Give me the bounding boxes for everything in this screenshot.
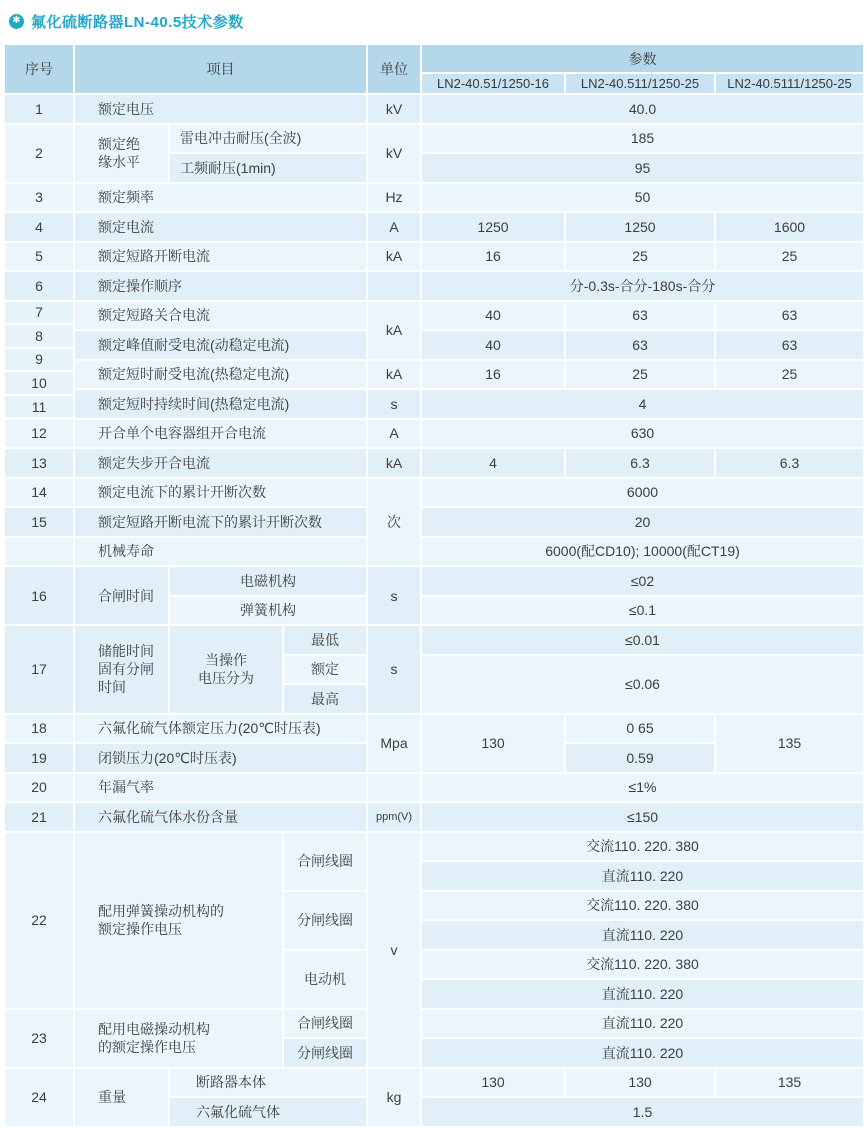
table-row: 5额定短路开断电流kA162525: [5, 243, 863, 271]
cell-subitem: 电动机: [284, 951, 366, 1008]
cell-value: 40: [422, 331, 564, 359]
cell-value: 25: [566, 361, 714, 389]
cell-value: 6.3: [716, 449, 863, 477]
cell-serial: 14: [5, 479, 73, 507]
cell-item: 额定短路开断电流下的累计开断次数: [75, 508, 366, 536]
cell-item: 额定绝 缘水平: [75, 125, 168, 182]
cell-serial: 2: [5, 125, 73, 182]
cell-serial: 21: [5, 803, 73, 831]
cell-value: 25: [716, 361, 863, 389]
model-header: LN2-40.51/1250-16: [422, 74, 564, 93]
cell-subitem: 工频耐压(1min): [170, 154, 366, 182]
cell-value: 直流110. 220: [422, 1039, 863, 1067]
cell-subitem: 六氟化硫气体: [170, 1098, 366, 1126]
table-row: 23配用电磁操动机构 的额定操作电压合闸线圈直流110. 220: [5, 1010, 863, 1038]
cell-unit: Hz: [368, 184, 420, 212]
serial-stack-cell: 7891011: [5, 302, 73, 418]
cell-serial: 12: [5, 420, 73, 448]
cell-unit: A: [368, 420, 420, 448]
cell-subitem: 雷电冲击耐压(全波): [170, 125, 366, 153]
cell-item: 额定短时耐受电流(热稳定电流): [75, 361, 366, 389]
cell-value: 16: [422, 243, 564, 271]
cell-value: ≤150: [422, 803, 863, 831]
cell-value: 20: [422, 508, 863, 536]
table-row: 20年漏气率≤1%: [5, 774, 863, 802]
cell-item: 六氟化硫气体额定压力(20℃时压表): [75, 715, 366, 743]
cell-serial: 18: [5, 715, 73, 743]
cell-item: 额定电流下的累计开断次数: [75, 479, 366, 507]
cell-value: 直流110. 220: [422, 980, 863, 1008]
cell-subitem: 合闸线圈: [284, 833, 366, 890]
cell-value: 交流110. 220. 380: [422, 892, 863, 920]
cell-serial: 17: [5, 626, 73, 713]
table-row: 14额定电流下的累计开断次数次6000: [5, 479, 863, 507]
cell-unit: [368, 272, 420, 300]
cell-unit: s: [368, 567, 420, 624]
cell-value: ≤0.1: [422, 597, 863, 625]
cell-value: 25: [716, 243, 863, 271]
cell-value: 63: [566, 331, 714, 359]
cell-value: 6000: [422, 479, 863, 507]
table-row: 6额定操作顺序分-0.3s-合分-180s-合分: [5, 272, 863, 300]
table-row: 24重量断路器本体kg130130135: [5, 1069, 863, 1097]
cell-unit: v: [368, 833, 420, 1067]
cell-item: 六氟化硫气体水份含量: [75, 803, 366, 831]
cell-subitem: 断路器本体: [170, 1069, 366, 1097]
cell-unit: s: [368, 390, 420, 418]
table-row: 13额定失步开合电流kA46.36.3: [5, 449, 863, 477]
cell-item: 合闸时间: [75, 567, 168, 624]
cell-serial: 13: [5, 449, 73, 477]
cell-subitem: 当操作 电压分为: [170, 626, 282, 713]
cell-serial: 20: [5, 774, 73, 802]
cell-serial: 23: [5, 1010, 73, 1067]
cell-value: 40: [422, 302, 564, 330]
cell-subitem: 分闸线圈: [284, 1039, 366, 1067]
cell-item: 额定电压: [75, 95, 366, 123]
cell-unit: kA: [368, 449, 420, 477]
cell-item: 额定操作顺序: [75, 272, 366, 300]
column-header: 单位: [368, 45, 420, 93]
cell-item: 配用电磁操动机构 的额定操作电压: [75, 1010, 282, 1067]
cell-value: 130: [566, 1069, 714, 1097]
cell-value: 直流110. 220: [422, 1010, 863, 1038]
cell-value: 63: [566, 302, 714, 330]
cell-subitem: 最低: [284, 626, 366, 654]
cell-unit: kg: [368, 1069, 420, 1126]
cell-value: 25: [566, 243, 714, 271]
cell-value: 1250: [422, 213, 564, 241]
cell-unit: kA: [368, 243, 420, 271]
header-row: 序号项目单位参数: [5, 45, 863, 72]
table-row: 4额定电流A125012501600: [5, 213, 863, 241]
cell-serial: 11: [5, 396, 73, 418]
cell-item: 储能时间 固有分闸 时间: [75, 626, 168, 713]
cell-value: 50: [422, 184, 863, 212]
cell-item: 配用弹簧操动机构的 额定操作电压: [75, 833, 282, 1008]
spec-table: 序号项目单位参数LN2-40.51/1250-16LN2-40.511/1250…: [3, 43, 865, 1128]
cell-serial: 15: [5, 508, 73, 536]
table-header: 序号项目单位参数LN2-40.51/1250-16LN2-40.511/1250…: [5, 45, 863, 93]
cell-value: 分-0.3s-合分-180s-合分: [422, 272, 863, 300]
cell-serial: 9: [5, 349, 73, 371]
cell-unit: s: [368, 626, 420, 713]
cell-item: 闭锁压力(20℃时压表): [75, 744, 366, 772]
cell-subitem: 电磁机构: [170, 567, 366, 595]
cell-serial: 22: [5, 833, 73, 1008]
cell-serial: 1: [5, 95, 73, 123]
table-row: 21六氟化硫气体水份含量ppm(V)≤150: [5, 803, 863, 831]
cell-item: 额定短路关合电流: [75, 302, 366, 330]
cell-item: 开合单个电容器组开合电流: [75, 420, 366, 448]
cell-item: 重量: [75, 1069, 168, 1126]
cell-value: 4: [422, 449, 564, 477]
cell-serial: 7: [5, 302, 73, 324]
cell-serial: 19: [5, 744, 73, 772]
table-row: 22配用弹簧操动机构的 额定操作电压合闸线圈v交流110. 220. 380: [5, 833, 863, 861]
cell-item: 额定失步开合电流: [75, 449, 366, 477]
cell-value: 1250: [566, 213, 714, 241]
column-header: 项目: [75, 45, 366, 93]
cell-value: ≤1%: [422, 774, 863, 802]
cell-subitem: 弹簧机构: [170, 597, 366, 625]
cell-serial: 10: [5, 372, 73, 394]
cell-value: ≤0.06: [422, 656, 863, 713]
star-badge-icon: ✱: [9, 14, 24, 29]
cell-unit: kA: [368, 361, 420, 389]
table-row: 1额定电压kV40.0: [5, 95, 863, 123]
cell-value: 交流110. 220. 380: [422, 833, 863, 861]
page-title: ✱ 氟化硫断路器LN-40.5技术参数: [9, 10, 867, 32]
cell-value: 95: [422, 154, 863, 182]
cell-unit: [368, 774, 420, 802]
cell-unit: kV: [368, 125, 420, 182]
cell-item: 额定短路开断电流: [75, 243, 366, 271]
table-body: 1额定电压kV40.02额定绝 缘水平雷电冲击耐压(全波)kV185工频耐压(1…: [5, 95, 863, 1126]
table-row: 机械寿命6000(配CD10); 10000(配CT19): [5, 538, 863, 566]
cell-value: ≤0.01: [422, 626, 863, 654]
cell-item: 年漏气率: [75, 774, 366, 802]
table-row: 7891011额定短路关合电流kA406363: [5, 302, 863, 330]
cell-value: 185: [422, 125, 863, 153]
model-header: LN2-40.511/1250-25: [566, 74, 714, 93]
cell-item: 额定短时持续时间(热稳定电流): [75, 390, 366, 418]
cell-value: 0 65: [566, 715, 714, 743]
cell-unit: kV: [368, 95, 420, 123]
cell-serial: 24: [5, 1069, 73, 1126]
cell-value: 6000(配CD10); 10000(配CT19): [422, 538, 863, 566]
cell-value: 130: [422, 1069, 564, 1097]
cell-subitem: 额定: [284, 656, 366, 684]
table-row: 3额定频率Hz50: [5, 184, 863, 212]
cell-value: 4: [422, 390, 863, 418]
cell-value: 0.59: [566, 744, 714, 772]
cell-serial: 8: [5, 325, 73, 347]
table-row: 额定短时耐受电流(热稳定电流)kA162525: [5, 361, 863, 389]
cell-subitem: 最高: [284, 685, 366, 713]
cell-value: 63: [716, 302, 863, 330]
cell-unit: Mpa: [368, 715, 420, 772]
cell-value: 直流110. 220: [422, 921, 863, 949]
cell-value: 6.3: [566, 449, 714, 477]
cell-item: 额定峰值耐受电流(动稳定电流): [75, 331, 366, 359]
cell-value: 130: [422, 715, 564, 772]
cell-value: 630: [422, 420, 863, 448]
cell-value: 交流110. 220. 380: [422, 951, 863, 979]
cell-serial: [5, 538, 73, 566]
table-row: 额定峰值耐受电流(动稳定电流)406363: [5, 331, 863, 359]
cell-value: ≤02: [422, 567, 863, 595]
cell-value: 1600: [716, 213, 863, 241]
cell-value: 135: [716, 1069, 863, 1097]
cell-serial: 5: [5, 243, 73, 271]
cell-value: 40.0: [422, 95, 863, 123]
cell-item: 额定电流: [75, 213, 366, 241]
column-header: 参数: [422, 45, 863, 72]
cell-unit: kA: [368, 302, 420, 359]
cell-serial: 6: [5, 272, 73, 300]
cell-unit: A: [368, 213, 420, 241]
cell-value: 直流110. 220: [422, 862, 863, 890]
cell-value: 16: [422, 361, 564, 389]
table-row: 12开合单个电容器组开合电流A630: [5, 420, 863, 448]
cell-subitem: 合闸线圈: [284, 1010, 366, 1038]
column-header: 序号: [5, 45, 73, 93]
table-row: 额定短时持续时间(热稳定电流)s4: [5, 390, 863, 418]
page: ✱ 氟化硫断路器LN-40.5技术参数 序号项目单位参数LN2-40.51/12…: [0, 0, 867, 1128]
table-row: 2额定绝 缘水平雷电冲击耐压(全波)kV185: [5, 125, 863, 153]
table-row: 17储能时间 固有分闸 时间当操作 电压分为最低s≤0.01: [5, 626, 863, 654]
cell-value: 1.5: [422, 1098, 863, 1126]
star-glyph: ✱: [12, 16, 20, 26]
cell-serial: 3: [5, 184, 73, 212]
cell-value: 63: [716, 331, 863, 359]
cell-serial: 16: [5, 567, 73, 624]
cell-unit: 次: [368, 479, 420, 566]
cell-subitem: 分闸线圈: [284, 892, 366, 949]
table-row: 18六氟化硫气体额定压力(20℃时压表)Mpa1300 65135: [5, 715, 863, 743]
table-row: 15额定短路开断电流下的累计开断次数20: [5, 508, 863, 536]
model-header: LN2-40.5111/1250-25: [716, 74, 863, 93]
cell-value: 135: [716, 715, 863, 772]
cell-item: 额定频率: [75, 184, 366, 212]
cell-unit: ppm(V): [368, 803, 420, 831]
cell-item: 机械寿命: [75, 538, 366, 566]
cell-serial: 4: [5, 213, 73, 241]
page-title-text: 氟化硫断路器LN-40.5技术参数: [31, 11, 244, 32]
table-row: 16合闸时间电磁机构s≤02: [5, 567, 863, 595]
